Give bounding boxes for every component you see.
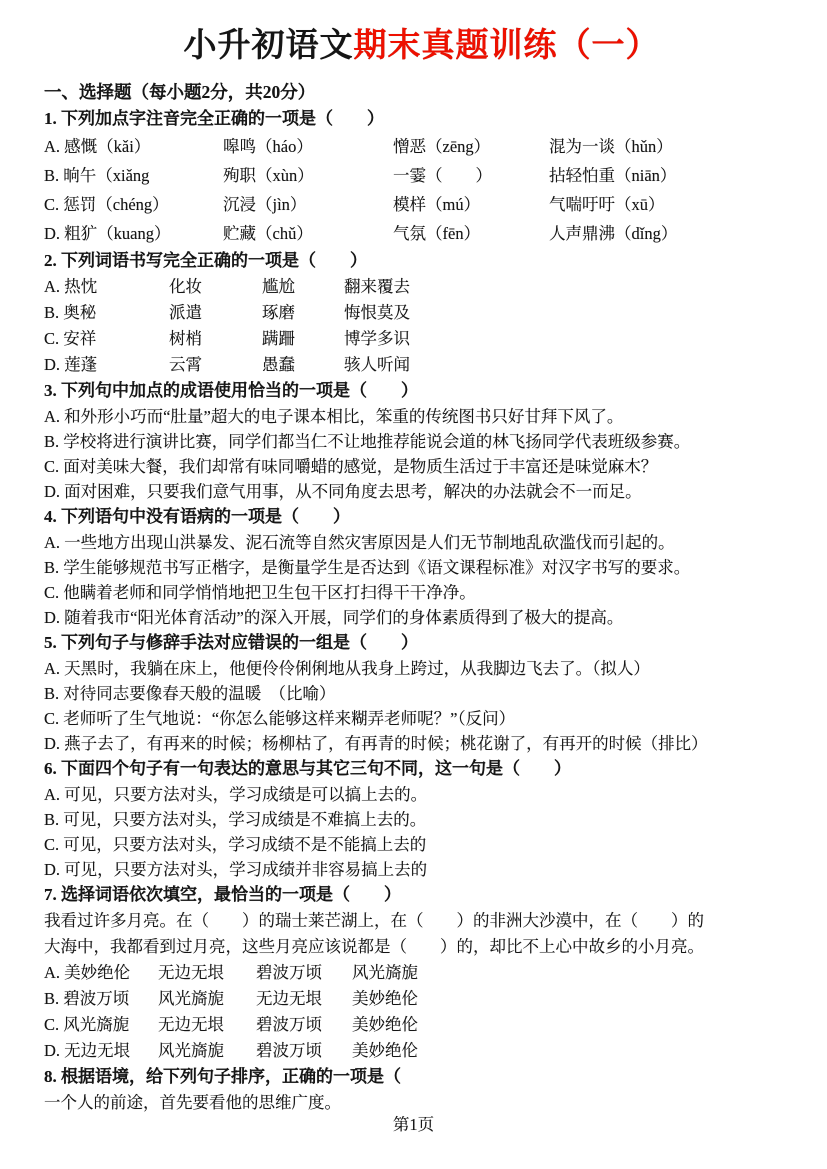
option-cell: 博学多识 bbox=[344, 326, 410, 352]
question-5-options: A. 天黑时，我躺在床上，他便伶伶俐俐地从我身上跨过，从我脚边飞去了。（拟人） … bbox=[44, 656, 799, 756]
question-2-stem: 2. 下列词语书写完全正确的一项是（ ） bbox=[44, 248, 799, 274]
question-7-stem: 7. 选择词语依次填空，最恰当的一项是（ ） bbox=[44, 882, 799, 908]
option-cell: 碧波万顷 bbox=[256, 1012, 352, 1038]
option-cell: 混为一谈（hǔn） bbox=[549, 132, 673, 161]
option-cell: 一霎（ ） bbox=[393, 161, 549, 190]
option-row: A. 美妙绝伦 无边无垠 碧波万顷 风光旖旎 bbox=[44, 960, 799, 986]
option-cell: C. 安祥 bbox=[44, 326, 169, 352]
option-row: B. 晌午（xiǎng 殉职（xùn） 一霎（ ） 拈轻怕重（niān） bbox=[44, 161, 799, 190]
option-cell: C. 惩罚（chéng） bbox=[44, 190, 223, 219]
option-cell: A. 感慨（kǎi） bbox=[44, 132, 223, 161]
question-6-stem: 6. 下面四个句子有一句表达的意思与其它三句不同，这一句是（ ） bbox=[44, 756, 799, 782]
option-cell: C. 风光旖旎 bbox=[44, 1012, 158, 1038]
option-cell: 派遣 bbox=[169, 300, 262, 326]
option-cell: B. 碧波万顷 bbox=[44, 986, 158, 1012]
option-cell: 人声鼎沸（dǐng） bbox=[549, 219, 677, 248]
option-cell: 贮藏（chǔ） bbox=[223, 219, 393, 248]
option-cell: 殉职（xùn） bbox=[223, 161, 393, 190]
option-cell: 憎恶（zēng） bbox=[393, 132, 549, 161]
option-line: A. 天黑时，我躺在床上，他便伶伶俐俐地从我身上跨过，从我脚边飞去了。（拟人） bbox=[44, 656, 799, 681]
question-4-options: A. 一些地方出现山洪暴发、泥石流等自然灾害原因是人们无节制地乱砍滥伐而引起的。… bbox=[44, 530, 799, 630]
option-line: A. 可见，只要方法对头，学习成绩是可以搞上去的。 bbox=[44, 782, 799, 807]
option-line: D. 可见，只要方法对头，学习成绩并非容易搞上去的 bbox=[44, 857, 799, 882]
option-cell: 拈轻怕重（niān） bbox=[549, 161, 676, 190]
page-title-red: 期末真题训练（一） bbox=[354, 26, 660, 63]
option-cell: 美妙绝伦 bbox=[352, 986, 418, 1012]
option-line: D. 面对困难，只要我们意气用事，从不同角度去思考，解决的办法就会不一而足。 bbox=[44, 479, 799, 504]
option-line: C. 面对美味大餐，我们却常有味同嚼蜡的感觉，是物质生活过于丰富还是味觉麻木？ bbox=[44, 454, 799, 479]
option-cell: 气氛（fēn） bbox=[393, 219, 549, 248]
page-title-black: 小升初语文 bbox=[184, 26, 354, 63]
option-cell: 悔恨莫及 bbox=[344, 300, 410, 326]
exam-page: 小升初语文期末真题训练（一） 一、选择题（每小题2分，共20分） 1. 下列加点… bbox=[0, 0, 827, 1115]
question-6-options: A. 可见，只要方法对头，学习成绩是可以搞上去的。 B. 可见，只要方法对头，学… bbox=[44, 782, 799, 882]
option-row: C. 风光旖旎 无边无垠 碧波万顷 美妙绝伦 bbox=[44, 1012, 799, 1038]
question-7-passage-line2: 大海中，我都看到过月亮，这些月亮应该说都是（ ）的，却比不上心中故乡的小月亮。 bbox=[44, 934, 799, 960]
question-1-stem: 1. 下列加点字注音完全正确的一项是（ ） bbox=[44, 106, 799, 132]
option-cell: 风光旖旎 bbox=[352, 960, 418, 986]
option-cell: 碧波万顷 bbox=[256, 1038, 352, 1064]
option-cell: 树梢 bbox=[169, 326, 262, 352]
option-cell: 骇人听闻 bbox=[344, 352, 410, 378]
question-7-options: A. 美妙绝伦 无边无垠 碧波万顷 风光旖旎 B. 碧波万顷 风光旖旎 无边无垠… bbox=[44, 960, 799, 1064]
option-row: D. 粗犷（kuang） 贮藏（chǔ） 气氛（fēn） 人声鼎沸（dǐng） bbox=[44, 219, 799, 248]
option-cell: 无边无垠 bbox=[158, 960, 256, 986]
option-cell: 气喘吁吁（xū） bbox=[549, 190, 665, 219]
question-2-options: A. 热忱 化妆 尴尬 翻来覆去 B. 奥秘 派遣 琢磨 悔恨莫及 C. 安祥 … bbox=[44, 274, 799, 378]
option-cell: 无边无垠 bbox=[158, 1012, 256, 1038]
question-8-stem: 8. 根据语境，给下列句子排序，正确的一项是（ bbox=[44, 1064, 799, 1090]
option-line: D. 随着我市“阳光体育活动”的深入开展，同学们的身体素质得到了极大的提高。 bbox=[44, 605, 799, 630]
option-cell: 模样（mú） bbox=[393, 190, 549, 219]
option-cell: D. 无边无垠 bbox=[44, 1038, 158, 1064]
section-heading: 一、选择题（每小题2分，共20分） bbox=[44, 80, 799, 104]
option-cell: 碧波万顷 bbox=[256, 960, 352, 986]
option-line: B. 学生能够规范书写正楷字，是衡量学生是否达到《语文课程标准》对汉字书写的要求… bbox=[44, 555, 799, 580]
option-row: B. 奥秘 派遣 琢磨 悔恨莫及 bbox=[44, 300, 799, 326]
option-line: C. 可见，只要方法对头，学习成绩不是不能搞上去的 bbox=[44, 832, 799, 857]
question-3-options: A. 和外形小巧而“肚量”超大的电子课本相比，笨重的传统图书只好甘拜下风了。 B… bbox=[44, 404, 799, 504]
option-row: A. 热忱 化妆 尴尬 翻来覆去 bbox=[44, 274, 799, 300]
option-cell: B. 晌午（xiǎng bbox=[44, 161, 223, 190]
option-cell: 美妙绝伦 bbox=[352, 1038, 418, 1064]
option-line: B. 对待同志要像春天般的温暖 （比喻） bbox=[44, 681, 799, 706]
option-cell: 沉浸（jìn） bbox=[223, 190, 393, 219]
option-cell: 蹒跚 bbox=[262, 326, 344, 352]
option-cell: D. 莲蓬 bbox=[44, 352, 169, 378]
option-line: C. 老师听了生气地说：“你怎么能够这样来糊弄老师呢？”（反问） bbox=[44, 706, 799, 731]
option-cell: 愚蠢 bbox=[262, 352, 344, 378]
option-cell: 嗥鸣（háo） bbox=[223, 132, 393, 161]
option-cell: 美妙绝伦 bbox=[352, 1012, 418, 1038]
option-cell: D. 粗犷（kuang） bbox=[44, 219, 223, 248]
option-row: D. 莲蓬 云霄 愚蠢 骇人听闻 bbox=[44, 352, 799, 378]
option-line: B. 学校将进行演讲比赛，同学们都当仁不让地推荐能说会道的林飞扬同学代表班级参赛… bbox=[44, 429, 799, 454]
question-3-stem: 3. 下列句中加点的成语使用恰当的一项是（ ） bbox=[44, 378, 799, 404]
option-cell: 尴尬 bbox=[262, 274, 344, 300]
option-cell: 化妆 bbox=[169, 274, 262, 300]
option-line: A. 一些地方出现山洪暴发、泥石流等自然灾害原因是人们无节制地乱砍滥伐而引起的。 bbox=[44, 530, 799, 555]
question-4-stem: 4. 下列语句中没有语病的一项是（ ） bbox=[44, 504, 799, 530]
option-cell: 风光旖旎 bbox=[158, 986, 256, 1012]
option-row: D. 无边无垠 风光旖旎 碧波万顷 美妙绝伦 bbox=[44, 1038, 799, 1064]
option-line: A. 和外形小巧而“肚量”超大的电子课本相比，笨重的传统图书只好甘拜下风了。 bbox=[44, 404, 799, 429]
page-number: 第1页 bbox=[0, 1111, 827, 1135]
option-line: B. 可见，只要方法对头，学习成绩是不难搞上去的。 bbox=[44, 807, 799, 832]
option-line: C. 他瞒着老师和同学悄悄地把卫生包干区打扫得干干净净。 bbox=[44, 580, 799, 605]
question-7-passage-line1: 我看过许多月亮。在（ ）的瑞士莱芒湖上，在（ ）的非洲大沙漠中，在（ ）的 bbox=[44, 908, 799, 934]
option-cell: B. 奥秘 bbox=[44, 300, 169, 326]
option-cell: 云霄 bbox=[169, 352, 262, 378]
option-row: B. 碧波万顷 风光旖旎 无边无垠 美妙绝伦 bbox=[44, 986, 799, 1012]
option-row: C. 安祥 树梢 蹒跚 博学多识 bbox=[44, 326, 799, 352]
option-line: D. 燕子去了，有再来的时候；杨柳枯了，有再青的时候；桃花谢了，有再开的时候（排… bbox=[44, 731, 799, 756]
option-row: C. 惩罚（chéng） 沉浸（jìn） 模样（mú） 气喘吁吁（xū） bbox=[44, 190, 799, 219]
option-cell: A. 热忱 bbox=[44, 274, 169, 300]
question-1-options: A. 感慨（kǎi） 嗥鸣（háo） 憎恶（zēng） 混为一谈（hǔn） B.… bbox=[44, 132, 799, 248]
option-cell: 风光旖旎 bbox=[158, 1038, 256, 1064]
option-cell: 翻来覆去 bbox=[344, 274, 410, 300]
option-cell: 琢磨 bbox=[262, 300, 344, 326]
option-cell: 无边无垠 bbox=[256, 986, 352, 1012]
question-5-stem: 5. 下列句子与修辞手法对应错误的一组是（ ） bbox=[44, 630, 799, 656]
option-row: A. 感慨（kǎi） 嗥鸣（háo） 憎恶（zēng） 混为一谈（hǔn） bbox=[44, 132, 799, 161]
option-cell: A. 美妙绝伦 bbox=[44, 960, 158, 986]
page-title: 小升初语文期末真题训练（一） bbox=[44, 22, 799, 68]
